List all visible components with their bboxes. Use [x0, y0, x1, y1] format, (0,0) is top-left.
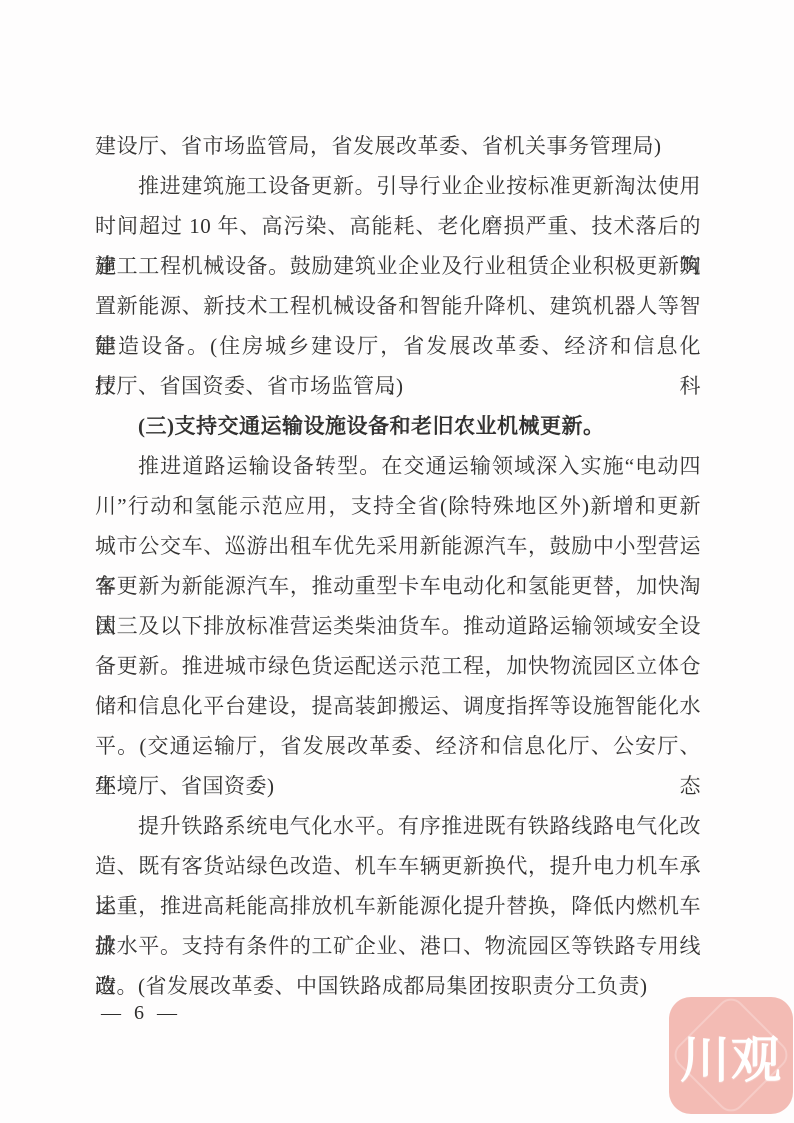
- document-line: 储和信息化平台建设，提高装卸搬运、调度指挥等设施智能化水: [95, 686, 701, 726]
- scanned-document-page: 建设厅、省市场监管局，省发展改革委、省机关事务管理局)推进建筑施工设备更新。引导…: [0, 0, 794, 1123]
- chuanguan-news-watermark-logo: 川观: [669, 997, 793, 1114]
- document-line: 提升铁路系统电气化水平。有序推进既有铁路线路电气化改: [95, 806, 701, 846]
- document-line: 城市公交车、巡游出租车优先采用新能源汽车，鼓励中小型营运客: [95, 526, 701, 566]
- document-line: 造、既有客货站绿色改造、机车车辆更新换代，提升电力机车承运: [95, 846, 701, 886]
- document-body: 建设厅、省市场监管局，省发展改革委、省机关事务管理局)推进建筑施工设备更新。引导…: [95, 126, 701, 1006]
- document-line: 车更新为新能源汽车，推动重型卡车电动化和氢能更替，加快淘汰: [95, 566, 701, 606]
- document-line: 推进道路运输设备转型。在交通运输领域深入实施“电动四: [95, 446, 701, 486]
- document-line: 川”行动和氢能示范应用，支持全省(除特殊地区外)新增和更新: [95, 486, 701, 526]
- document-line: 比重，推进高耗能高排放机车新能源化提升替换，降低内燃机车排: [95, 886, 701, 926]
- document-line: 施工工程机械设备。鼓励建筑业企业及行业租赁企业积极更新购: [95, 246, 701, 286]
- document-line: 时间超过 10 年、高污染、高能耗、老化磨损严重、技术落后的建筑: [95, 206, 701, 246]
- page-number: — 6 —: [101, 997, 181, 1029]
- document-line: 造。(省发展改革委、中国铁路成都局集团按职责分工负责): [95, 966, 701, 1006]
- document-line: (三)支持交通运输设施设备和老旧农业机械更新。: [95, 406, 701, 446]
- document-line: 建造设备。(住房城乡建设厅，省发展改革委、经济和信息化厅、科: [95, 326, 701, 366]
- document-line: 建设厅、省市场监管局，省发展改革委、省机关事务管理局): [95, 126, 701, 166]
- document-line: 备更新。推进城市绿色货运配送示范工程，加快物流园区立体仓: [95, 646, 701, 686]
- document-line: 国三及以下排放标准营运类柴油货车。推动道路运输领域安全设: [95, 606, 701, 646]
- document-line: 平。(交通运输厅，省发展改革委、经济和信息化厅、公安厅、生态: [95, 726, 701, 766]
- document-line: 放水平。支持有条件的工矿企业、港口、物流园区等铁路专用线改: [95, 926, 701, 966]
- document-line: 置新能源、新技术工程机械设备和智能升降机、建筑机器人等智能: [95, 286, 701, 326]
- document-line: 推进建筑施工设备更新。引导行业企业按标准更新淘汰使用: [95, 166, 701, 206]
- watermark-logo-text: 川观: [680, 1020, 782, 1092]
